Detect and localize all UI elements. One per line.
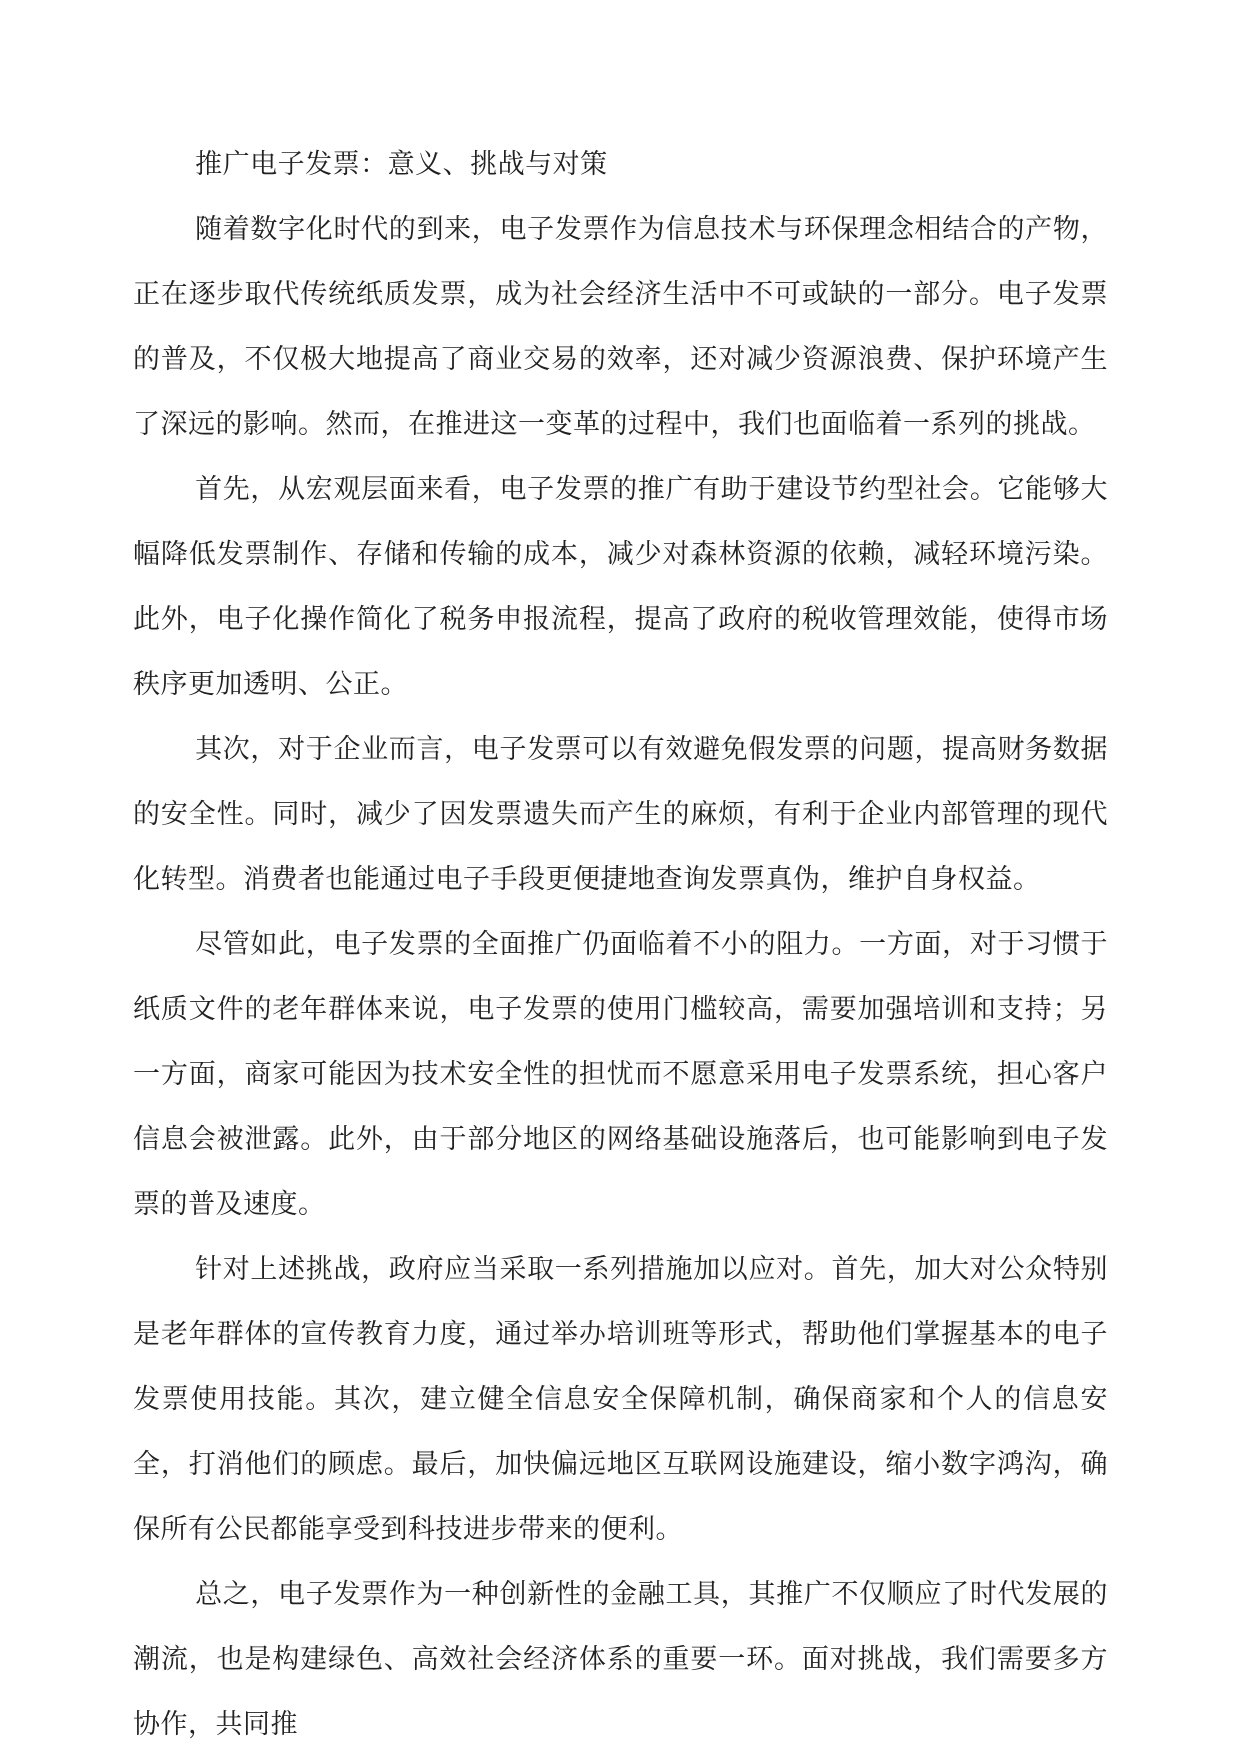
document-body: 推广电子发票：意义、挑战与对策 随着数字化时代的到来，电子发票作为信息技术与环保… (133, 132, 1108, 1754)
paragraph-challenges: 尽管如此，电子发票的全面推广仍面临着不小的阻力。一方面，对于习惯于纸质文件的老年… (133, 912, 1108, 1237)
paragraph-conclusion: 总之，电子发票作为一种创新性的金融工具，其推广不仅顺应了时代发展的潮流，也是构建… (133, 1562, 1108, 1754)
paragraph-countermeasures: 针对上述挑战，政府应当采取一系列措施加以应对。首先，加大对公众特别是老年群体的宣… (133, 1237, 1108, 1562)
document-page: 推广电子发票：意义、挑战与对策 随着数字化时代的到来，电子发票作为信息技术与环保… (0, 0, 1241, 1754)
document-title: 推广电子发票：意义、挑战与对策 (133, 132, 1108, 197)
paragraph-enterprise-benefits: 其次，对于企业而言，电子发票可以有效避免假发票的问题，提高财务数据的安全性。同时… (133, 717, 1108, 912)
paragraph-macro-benefits: 首先，从宏观层面来看，电子发票的推广有助于建设节约型社会。它能够大幅降低发票制作… (133, 457, 1108, 717)
paragraph-intro: 随着数字化时代的到来，电子发票作为信息技术与环保理念相结合的产物，正在逐步取代传… (133, 197, 1108, 457)
